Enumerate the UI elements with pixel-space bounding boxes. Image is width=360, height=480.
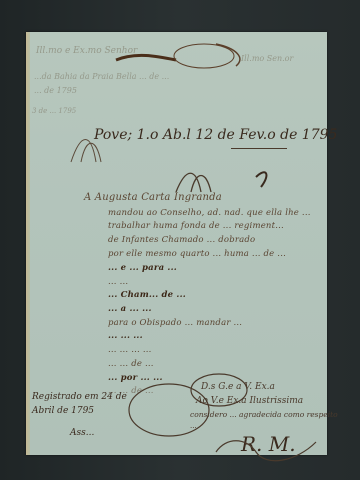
complimentary-line-1: Ao V.e Ex.a Ilustrissima [196,396,303,406]
closing-line-1: D.s G.e a V. Ex.a [201,382,275,392]
body-line: ... ... de ... [108,359,154,369]
body-line: de Infantes Chamado ... dobrado [108,235,255,245]
margin-note: 3 de ... 1795 [32,107,76,115]
body-line: ... ... [108,277,128,287]
body-line: ... ... ... ... [108,345,152,355]
complimentary-line-3: ... [190,422,197,430]
dateline: Pove; 1.o Ab.l 12 de Fev.o de 1795 [94,127,337,143]
registry-line-1: Registrado em 24 de [32,392,127,402]
registry-line-3: Ass... [70,428,94,438]
registry-line-2: Abril de 1795 [32,406,94,416]
signature-flourish [206,432,326,472]
body-line: ... ... ... [108,331,143,341]
body-line: trabalhar huma fonda de ... regiment... [108,221,284,231]
dateline-underline [231,148,287,149]
body-line: ... a ... ... [108,304,152,314]
left-monogram [66,122,106,172]
body-line: A Augusta Carta Ingranda [84,192,222,203]
body-line: ... e ... para ... [108,263,177,273]
body-line: mandou ao Conselho, ad. nad. que ella lh… [108,208,311,218]
header-line-4: ... de 1795 [34,86,77,95]
body-line: ... Cham... de ... [108,290,186,300]
complimentary-line-2: considero ... agradecida como respeito [190,410,338,419]
manuscript-page: Ill.mo e Ex.mo Senhor Ill.mo Sen.or ...d… [26,32,327,455]
paper-edge [26,32,30,455]
body-line: por elle mesmo quarto ... huma ... de ..… [108,249,286,259]
header-flourish [96,38,256,78]
body-line: para o Obispado ... mandar ... [108,318,242,328]
